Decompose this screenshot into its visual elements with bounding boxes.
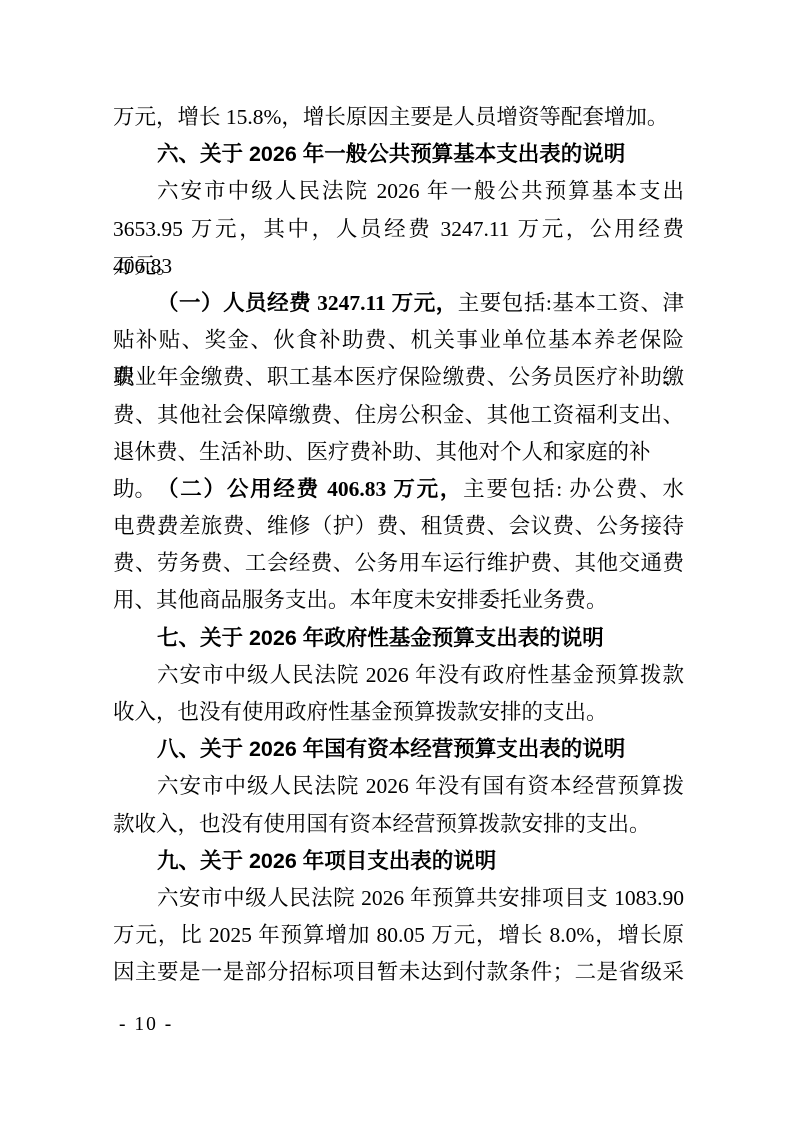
text-run: 六安市中级人民法院 2026 年没有国有资本经营预算拨 — [157, 774, 684, 798]
paragraph-line: 收入，也没有使用政府性基金预算拨款安排的支出。 — [113, 694, 684, 731]
section-heading-6: 六、关于 2026 年一般公共预算基本支出表的说明 — [113, 136, 684, 173]
paragraph-line: （二）公用经费 406.83 万元，主要包括: 办公费、水费、 — [113, 471, 684, 508]
paragraph-line: 万元。 — [113, 248, 684, 285]
paragraph-line: 六安市中级人民法院 2026 年一般公共预算基本支出 — [113, 173, 684, 210]
document-page: 万元，增长 15.8%，增长原因主要是人员增资等配套增加。 六、关于 2026 … — [0, 0, 793, 1122]
bold-run: （二）公用经费 406.83 万元， — [157, 477, 463, 501]
paragraph-line: 六安市中级人民法院 2026 年没有国有资本经营预算拨 — [113, 768, 684, 805]
text-run: 六安市中级人民法院 2026 年没有政府性基金预算拨款 — [157, 663, 684, 687]
document-body: 万元，增长 15.8%，增长原因主要是人员增资等配套增加。 六、关于 2026 … — [113, 99, 684, 992]
text-run: 因主要是一是部分招标项目暂未达到付款条件；二是省级采 — [113, 960, 684, 984]
page-number: - 10 - — [119, 1012, 173, 1038]
text-run: 费、其他社会保障缴费、住房公积金、其他工资福利支出、 — [113, 403, 684, 427]
text-run: 费、劳务费、工会经费、公务用车运行维护费、其他交通费 — [113, 551, 684, 575]
section-heading-8: 八、关于 2026 年国有资本经营预算支出表的说明 — [113, 731, 684, 768]
paragraph-line: 因主要是一是部分招标项目暂未达到付款条件；二是省级采 — [113, 954, 684, 991]
paragraph-line: 六安市中级人民法院 2026 年预算共安排项目支 1083.90 — [113, 880, 684, 917]
text-run: 六安市中级人民法院 2026 年一般公共预算基本支出 — [157, 179, 684, 203]
paragraph-line: 万元，比 2025 年预算增加 80.05 万元，增长 8.0%，增长原 — [113, 917, 684, 954]
heading-text: 七、关于 2026 年政府性基金预算支出表的说明 — [157, 626, 604, 650]
paragraph-line: 万元，增长 15.8%，增长原因主要是人员增资等配套增加。 — [113, 99, 684, 136]
text-run: 万元，增长 15.8%，增长原因主要是人员增资等配套增加。 — [113, 105, 668, 129]
text-run: 收入，也没有使用政府性基金预算拨款安排的支出。 — [113, 700, 608, 724]
heading-text: 九、关于 2026 年项目支出表的说明 — [157, 849, 496, 873]
paragraph-line: 费、劳务费、工会经费、公务用车运行维护费、其他交通费 — [113, 545, 684, 582]
heading-text: 八、关于 2026 年国有资本经营预算支出表的说明 — [157, 737, 625, 761]
heading-text: 六、关于 2026 年一般公共预算基本支出表的说明 — [157, 142, 625, 166]
text-run: 职业年金缴费、职工基本医疗保险缴费、公务员医疗补助缴 — [113, 365, 684, 389]
bold-run: （一）人员经费 3247.11 万元， — [157, 291, 458, 315]
section-heading-7: 七、关于 2026 年政府性基金预算支出表的说明 — [113, 620, 684, 657]
paragraph-line: 用、其他商品服务支出。本年度未安排委托业务费。 — [113, 582, 684, 619]
paragraph-line: 3653.95 万元，其中，人员经费 3247.11 万元，公用经费 406.8… — [113, 211, 684, 248]
paragraph-line: （一）人员经费 3247.11 万元，主要包括:基本工资、津 — [113, 285, 684, 322]
paragraph-line: 职业年金缴费、职工基本医疗保险缴费、公务员医疗补助缴 — [113, 359, 684, 396]
section-heading-9: 九、关于 2026 年项目支出表的说明 — [113, 843, 684, 880]
paragraph-line: 退休费、生活补助、医疗费补助、其他对个人和家庭的补助。 — [113, 434, 684, 471]
text-run: 用、其他商品服务支出。本年度未安排委托业务费。 — [113, 588, 608, 612]
paragraph-line: 电费、差旅费、维修（护）费、租赁费、会议费、公务接待 — [113, 508, 684, 545]
text-run: 主要包括:基本工资、津 — [458, 291, 684, 315]
text-run: 万元，比 2025 年预算增加 80.05 万元，增长 8.0%，增长原 — [113, 923, 684, 947]
text-run: 电费、差旅费、维修（护）费、租赁费、会议费、公务接待 — [113, 514, 684, 538]
paragraph-line: 贴补贴、奖金、伙食补助费、机关事业单位基本养老保险费、 — [113, 322, 684, 359]
paragraph-line: 六安市中级人民法院 2026 年没有政府性基金预算拨款 — [113, 657, 684, 694]
paragraph-line: 费、其他社会保障缴费、住房公积金、其他工资福利支出、 — [113, 397, 684, 434]
text-run: 万元。 — [113, 254, 178, 278]
text-run: 款收入，也没有使用国有资本经营预算拨款安排的支出。 — [113, 812, 651, 836]
paragraph-line: 款收入，也没有使用国有资本经营预算拨款安排的支出。 — [113, 806, 684, 843]
text-run: 六安市中级人民法院 2026 年预算共安排项目支 1083.90 — [157, 886, 684, 910]
